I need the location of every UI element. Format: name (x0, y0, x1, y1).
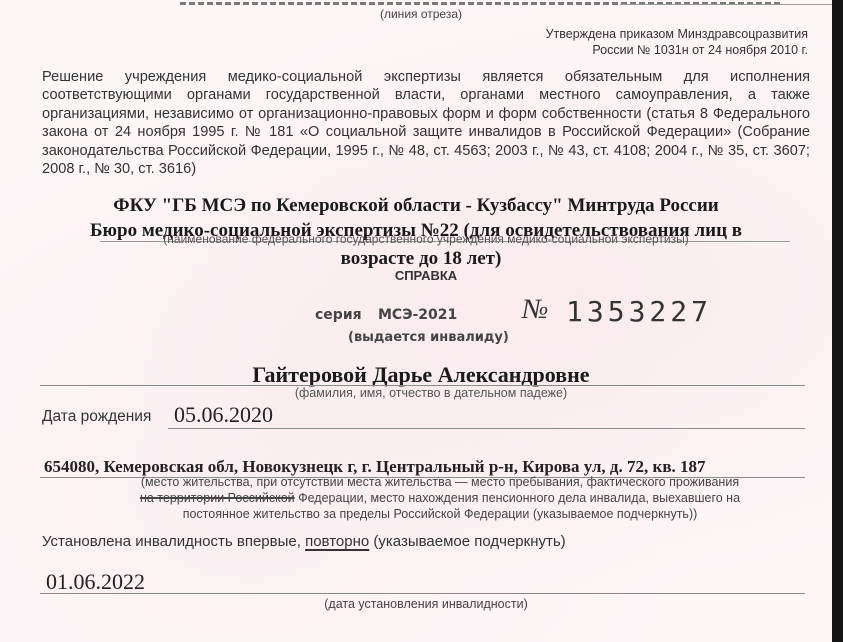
cut-line-tail (620, 4, 832, 5)
legal-notice: Решение учреждения медико-социальной экс… (42, 68, 810, 178)
disability-date: 01.06.2022 (46, 569, 145, 595)
name-caption: (фамилия, имя, отчество в дательном паде… (0, 386, 832, 400)
certificate-page: (линия отреза) Утверждена приказом Минзд… (0, 0, 832, 642)
approval-note: Утверждена приказом Минздравсоцразвития … (546, 26, 808, 58)
address-caption-line-2-rest: Федерации, место нахождения пенсионного … (295, 491, 740, 505)
disability-prefix: Установлена инвалидность впервые, (42, 533, 305, 550)
document-title: СПРАВКА (0, 268, 832, 283)
approval-line-1: Утверждена приказом Минздравсоцразвития (546, 26, 808, 42)
address-caption-struck: на территории Российской (140, 491, 295, 505)
address-caption-line-3: постоянное жительство за пределы Российс… (100, 506, 780, 522)
address-caption-line-1: (место жительства, при отсутствии места … (100, 474, 780, 490)
series-label: серия (315, 307, 362, 323)
birth-date-underline (168, 428, 805, 429)
organization-line-1: ФКУ "ГБ МСЭ по Кемеровской области - Куз… (0, 195, 832, 217)
approval-line-2: России № 1031н от 24 ноября 2010 г. (546, 42, 808, 58)
disability-date-caption: (дата установления инвалидности) (0, 597, 832, 611)
certificate-number: 1353227 (566, 295, 712, 328)
disability-date-underline (40, 593, 805, 594)
series-value: МСЭ-2021 (378, 307, 457, 323)
cut-line-label: (линия отреза) (0, 7, 832, 21)
address-caption-line-2: на территории Российской Федерации, мест… (100, 490, 780, 506)
scan-border (832, 0, 843, 642)
disability-underlined-option: повторно (305, 533, 369, 550)
number-sign: № (522, 294, 548, 326)
address-caption: (место жительства, при отсутствии места … (100, 474, 780, 522)
disability-status: Установлена инвалидность впервые, повтор… (42, 533, 566, 550)
birth-date-label: Дата рождения (42, 408, 151, 426)
disability-suffix: (указываемое подчеркнуть) (369, 533, 565, 550)
organization-caption: (наименование федерального государственн… (0, 232, 832, 246)
organization-line-3: возрасте до 18 лет) (0, 248, 832, 270)
birth-date-value: 05.06.2020 (174, 402, 273, 428)
issued-to-note: (выдается инвалиду) (348, 330, 509, 345)
